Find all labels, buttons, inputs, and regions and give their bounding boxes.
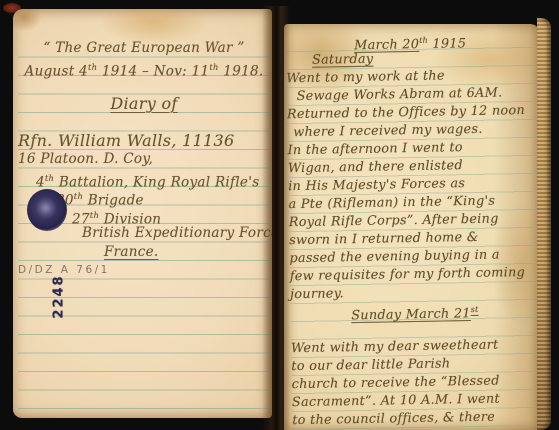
handwriting-line: “ The Great European War ” xyxy=(18,39,270,58)
circular-ink-stamp xyxy=(27,189,67,231)
handwriting-line: 16 Platoon. D. Coy, xyxy=(18,150,270,169)
handwriting-line: to the council offices, & there xyxy=(292,408,540,430)
right-page: March 20th 1915SaturdayWent to my work a… xyxy=(284,24,540,430)
right-page-lines: March 20th 1915SaturdayWent to my work a… xyxy=(286,30,540,430)
diary-photo: “ The Great European War ”August 4th 191… xyxy=(0,0,559,430)
handwriting-line: August 4th 1914 – Nov: 11th 1918. xyxy=(18,58,270,77)
handwriting-line: 4th Battalion, King Royal Rifle's xyxy=(18,169,270,188)
handwriting-line xyxy=(18,113,270,132)
vertical-number-stamp: 2248 xyxy=(31,271,87,327)
page-stain xyxy=(13,9,41,31)
handwriting-line: Diary of xyxy=(18,95,270,114)
left-page: “ The Great European War ”August 4th 191… xyxy=(13,9,272,418)
handwriting-line: France. xyxy=(18,243,270,262)
page-edges xyxy=(537,18,551,430)
book-gutter xyxy=(262,6,290,430)
handwriting-line: Rfn. William Walls, 11136 xyxy=(18,132,270,151)
stamp-number-text: 2248 xyxy=(52,269,67,325)
